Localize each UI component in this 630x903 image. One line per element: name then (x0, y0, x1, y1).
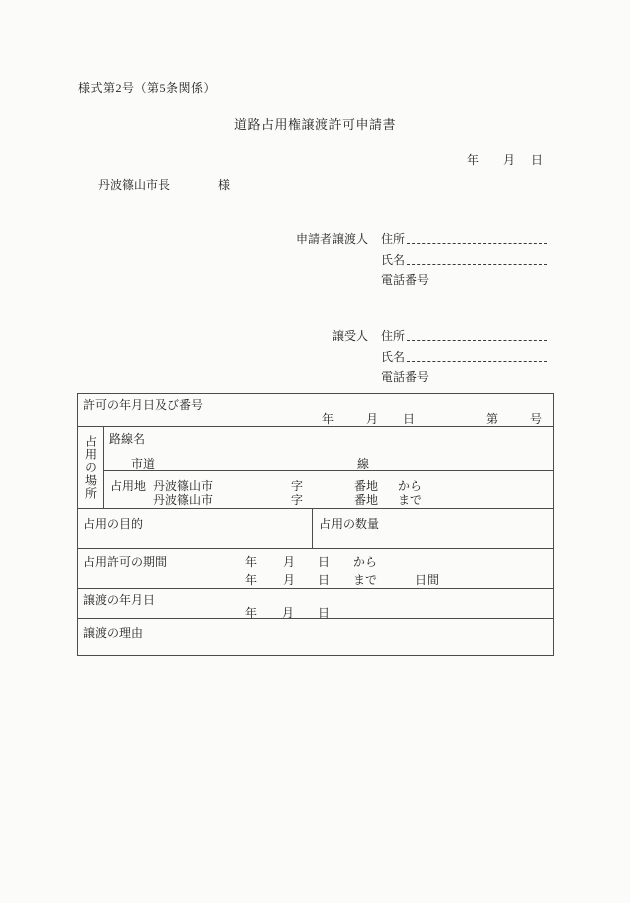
name-fill-line (407, 348, 547, 362)
transferee-address-row: 住所 (381, 327, 547, 344)
site-banchi-2: 番地 (354, 491, 378, 508)
period-year-1: 年 (245, 553, 257, 570)
name-field-label: 氏名 (381, 251, 405, 268)
application-table: 許可の年月日及び番号 年 月 日 第 号 占用の場所 路線名 市道 線 占用地 … (77, 393, 554, 656)
permit-year-label: 年 (322, 410, 334, 427)
location-detail-cells: 路線名 市道 線 占用地 丹波篠山市 字 番地 から 丹波篠山市 字 番地 まで (104, 427, 553, 508)
occupancy-quantity-cell: 占用の数量 (313, 509, 553, 548)
transferee-label: 譲受人 (292, 327, 368, 344)
document-title: 道路占用権譲渡許可申請書 (0, 114, 630, 133)
address-field-label: 住所 (381, 230, 405, 247)
site-range-to: まで (398, 491, 422, 508)
permit-month-label: 月 (366, 410, 378, 427)
transferor-address-row: 住所 (381, 230, 547, 247)
transferee-phone-row: 電話番号 (381, 368, 547, 385)
occupancy-site-cell: 占用地 丹波篠山市 字 番地 から 丹波篠山市 字 番地 まで (104, 471, 553, 508)
route-name-label: 路線名 (109, 430, 145, 447)
address-field-label: 住所 (381, 327, 405, 344)
location-vertical-label: 占用の場所 (85, 435, 97, 500)
phone-field-label: 電話番号 (381, 368, 429, 385)
period-month-1: 月 (283, 553, 295, 570)
occupancy-location-row: 占用の場所 路線名 市道 線 占用地 丹波篠山市 字 番地 から 丹波篠山市 字… (78, 427, 553, 509)
form-number: 様式第2号（第5条関係） (78, 79, 216, 96)
address-fill-line (407, 230, 547, 244)
location-vertical-header: 占用の場所 (78, 427, 104, 508)
route-name-cell: 路線名 市道 線 (104, 427, 553, 471)
permit-row-label: 許可の年月日及び番号 (83, 396, 203, 413)
purpose-label: 占用の目的 (83, 515, 143, 532)
purpose-quantity-row: 占用の目的 占用の数量 (78, 509, 553, 549)
header-date-month: 月 (503, 151, 515, 168)
period-year-2: 年 (245, 571, 257, 588)
transfer-reason-row: 譲渡の理由 (78, 619, 553, 655)
header-date-year: 年 (467, 151, 479, 168)
permit-number-suffix: 号 (530, 410, 542, 427)
line-suffix-label: 線 (357, 455, 369, 472)
name-field-label: 氏名 (381, 348, 405, 365)
site-label: 占用地 (110, 477, 146, 494)
addressee-honorific: 様 (218, 176, 230, 193)
period-label: 占用許可の期間 (83, 553, 167, 570)
occupancy-purpose-cell: 占用の目的 (78, 509, 313, 548)
permit-day-label: 日 (403, 410, 415, 427)
transferor-phone-row: 電話番号 (381, 271, 547, 288)
period-day-1: 日 (318, 553, 330, 570)
permit-number-prefix: 第 (486, 410, 498, 427)
period-month-2: 月 (283, 571, 295, 588)
address-fill-line (407, 327, 547, 341)
permit-date-number-row: 許可の年月日及び番号 年 月 日 第 号 (78, 394, 553, 427)
road-type-label: 市道 (131, 455, 155, 472)
name-fill-line (407, 251, 547, 265)
period-day-2: 日 (318, 571, 330, 588)
transfer-reason-label: 譲渡の理由 (83, 624, 143, 641)
period-range-from: から (353, 553, 377, 570)
site-aza-2: 字 (291, 491, 303, 508)
permit-period-row: 占用許可の期間 年 月 日 から 年 月 日 まで 日間 (78, 549, 553, 589)
quantity-label: 占用の数量 (319, 515, 379, 532)
transfer-date-label: 譲渡の年月日 (83, 591, 155, 608)
transferor-label: 申請者譲渡人 (292, 230, 368, 247)
period-range-to: まで (353, 571, 377, 588)
phone-field-label: 電話番号 (381, 271, 429, 288)
period-days-label: 日間 (415, 571, 439, 588)
addressee: 丹波篠山市長 (98, 176, 170, 193)
transferor-name-row: 氏名 (381, 251, 547, 268)
transfer-date-row: 譲渡の年月日 年 月 日 (78, 589, 553, 619)
header-date-day: 日 (531, 151, 543, 168)
transferee-name-row: 氏名 (381, 348, 547, 365)
site-city-2: 丹波篠山市 (153, 491, 213, 508)
